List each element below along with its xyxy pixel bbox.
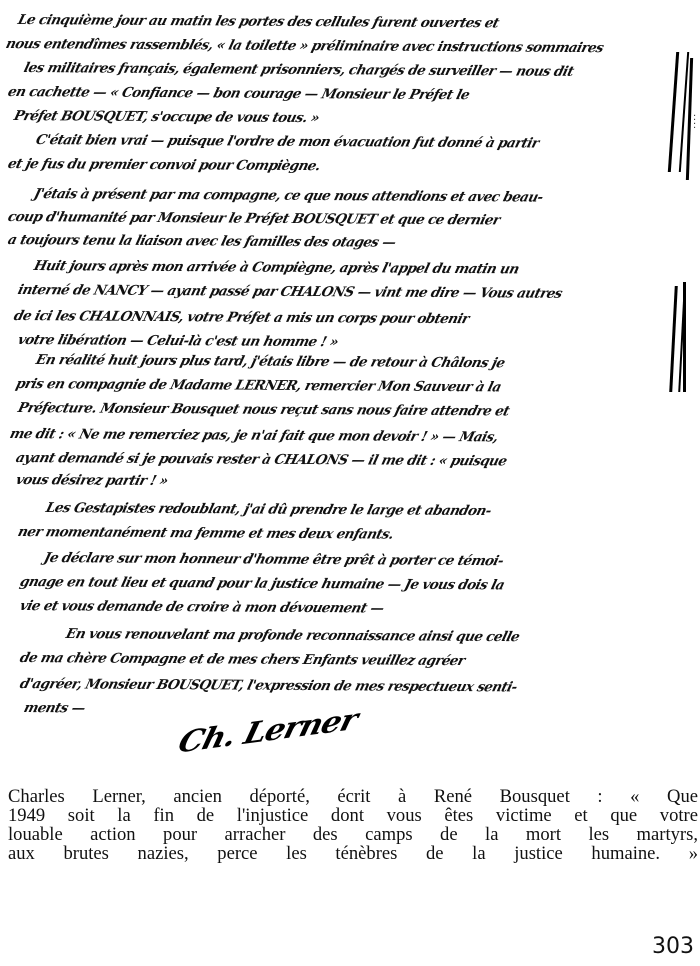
letter-line: me dit : « Ne me remerciez pas, je n'ai …: [8, 428, 499, 445]
letter-line: Préfecture. Monsieur Bousquet nous reçut…: [16, 402, 510, 419]
letter-line: et je fus du premier convoi pour Compièg…: [6, 158, 321, 174]
letter-line: de ma chère Compagne et de mes chers Enf…: [18, 652, 466, 669]
letter-line: pris en compagnie de Madame LERNER, reme…: [14, 378, 502, 395]
letter-line: J'étais à présent par ma compagne, ce qu…: [32, 188, 544, 205]
letter-line: Le cinquième jour au matin les portes de…: [16, 14, 500, 31]
letter-line: nous entendîmes rassemblés, « la toilett…: [4, 38, 604, 56]
letter-line: de ici les CHALONNAIS, votre Préfet a mi…: [12, 310, 470, 327]
caption-line: aux brutes nazies, perce les ténèbres de…: [8, 844, 698, 863]
margin-dots: ····: [693, 115, 696, 131]
letter-line: Huit jours après mon arrivée à Compiègne…: [32, 260, 520, 277]
letter-line: coup d'humanité par Monsieur le Préfet B…: [6, 211, 501, 228]
letter-line: ments —: [22, 702, 86, 716]
letter-line: ayant demandé si je pouvais rester à CHA…: [14, 452, 508, 469]
handwritten-letter: Le cinquième jour au matin les portes de…: [14, 14, 654, 754]
letter-line: votre libération — Celui-là c'est un hom…: [16, 334, 339, 350]
letter-line: Préfet BOUSQUET, s'occupe de vous tous. …: [12, 110, 320, 126]
margin-bracket-mark: [683, 282, 686, 392]
letter-line: Je déclare sur mon honneur d'homme être …: [42, 552, 504, 569]
letter-line: Les Gestapistes redoublant, j'ai dû pren…: [44, 502, 492, 519]
caption-line: louable action pour arracher des camps d…: [8, 825, 698, 844]
letter-line: interné de NANCY — ayant passé par CHALO…: [16, 284, 563, 301]
caption-line: 1949 soit la fin de l'injustice dont vou…: [8, 806, 698, 825]
letter-line: vie et vous demande de croire à mon dévo…: [18, 600, 385, 616]
letter-line: gnage en tout lieu et quand pour la just…: [18, 576, 505, 593]
figure-caption: Charles Lerner, ancien déporté, écrit à …: [8, 787, 698, 863]
letter-line: ner momentanément ma femme et mes deux e…: [16, 526, 394, 542]
letter-line: a toujours tenu la liaison avec les fami…: [6, 234, 397, 250]
letter-line: les militaires français, également priso…: [22, 62, 574, 79]
letter-line: vous désirez partir ! »: [14, 474, 169, 489]
letter-line: d'agréer, Monsieur BOUSQUET, l'expressio…: [18, 678, 518, 695]
letter-line: en cachette — « Confiance — bon courage …: [6, 86, 470, 103]
letter-line: C'était bien vrai — puisque l'ordre de m…: [34, 134, 540, 151]
letter-line: En vous renouvelant ma profonde reconnai…: [64, 628, 520, 645]
caption-line: Charles Lerner, ancien déporté, écrit à …: [8, 787, 698, 806]
letter-line: En réalité huit jours plus tard, j'étais…: [34, 354, 506, 371]
page-number: 303: [652, 934, 694, 959]
